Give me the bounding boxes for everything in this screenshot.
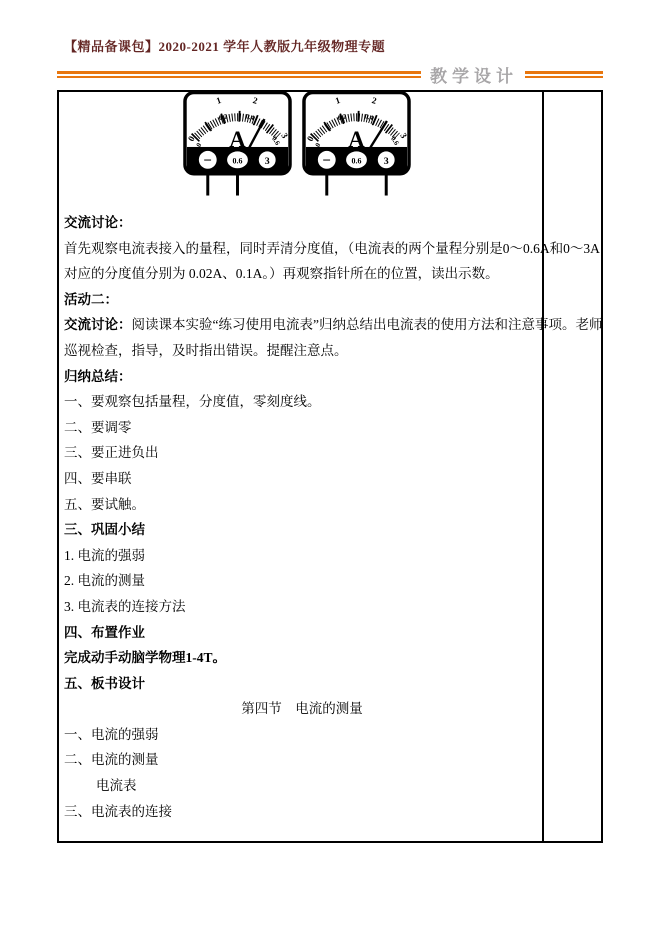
content-line: 巡视检查，指导，及时指出错误。提醒注意点。 <box>64 338 540 364</box>
document-header-title: 【精品备课包】2020-2021 学年人教版九年级物理专题 <box>64 36 385 55</box>
content-line-body: 阅读课本实验“练习使用电流表”归纳总结出电流表的使用方法和注意事项。老师 <box>132 317 603 332</box>
terminal-3-label: 3 <box>384 156 389 167</box>
content-line: 三、巩固小结 <box>64 517 540 543</box>
header-rule-left <box>57 71 421 78</box>
terminal-minus-label: − <box>323 153 331 169</box>
content-line: 完成动手动脑学物理1-4T。 <box>64 645 540 671</box>
terminal-06-label: 0.6 <box>352 156 362 165</box>
content-line: 1. 电流的强弱 <box>64 543 540 569</box>
content-line: 2. 电流的测量 <box>64 568 540 594</box>
lesson-table-main-cell: 0 1 2 3 0 0.2 0.4 0.6 A − 0.6 <box>59 92 544 841</box>
content-line: 二、要调零 <box>64 415 540 441</box>
content-line: 电流表 <box>64 773 540 799</box>
content-line: 三、要正进负出 <box>64 440 540 466</box>
content-line: 一、电流的强弱 <box>64 722 540 748</box>
content-line: 四、要串联 <box>64 466 540 492</box>
lesson-table: 0 1 2 3 0 0.2 0.4 0.6 A − 0.6 <box>57 90 603 843</box>
content-line: 交流讨论：阅读课本实验“练习使用电流表”归纳总结出电流表的使用方法和注意事项。老… <box>64 312 540 338</box>
ammeter-figures: 0 1 2 3 0 0.2 0.4 0.6 A − 0.6 <box>183 90 411 197</box>
lead-wire <box>325 174 328 196</box>
content-line: 一、要观察包括量程，分度值，零刻度线。 <box>64 389 540 415</box>
content-line-board-title: 第四节 电流的测量 <box>64 696 540 722</box>
content-line: 三、电流表的连接 <box>64 799 540 825</box>
lesson-table-side-cell <box>544 92 601 841</box>
section-label: 教学设计 <box>430 62 518 87</box>
terminal-06-label: 0.6 <box>233 156 243 165</box>
document-page: 【精品备课包】2020-2021 学年人教版九年级物理专题 教学设计 0 1 2… <box>0 0 661 935</box>
content-line-prefix: 交流讨论： <box>64 317 132 332</box>
content-line: 五、要试触。 <box>64 492 540 518</box>
lesson-content: 交流讨论： 首先观察电流表接入的量程，同时弄清分度值，（电流表的两个量程分别是0… <box>64 210 540 824</box>
content-line: 首先观察电流表接入的量程，同时弄清分度值，（电流表的两个量程分别是0～0.6A和… <box>64 236 540 262</box>
header-rule-right <box>525 71 603 78</box>
content-line: 活动二： <box>64 287 540 313</box>
content-line: 交流讨论： <box>64 210 540 236</box>
lead-wire <box>236 174 239 196</box>
content-line: 归纳总结： <box>64 364 540 390</box>
lead-wire <box>206 174 209 196</box>
content-line: 对应的分度值分别为 0.02A、0.1A。）再观察指针所在的位置，读出示数。 <box>64 261 540 287</box>
lead-wire <box>385 174 388 196</box>
content-line: 五、板书设计 <box>64 671 540 697</box>
terminal-minus-label: − <box>204 153 212 169</box>
content-line: 四、布置作业 <box>64 620 540 646</box>
header-rule: 教学设计 <box>57 62 603 87</box>
ammeter-2: 0 1 2 3 0 0.2 0.4 0.6 A − 0.6 <box>302 90 411 197</box>
content-line: 3. 电流表的连接方法 <box>64 594 540 620</box>
terminal-3-label: 3 <box>265 156 270 167</box>
content-line: 二、电流的测量 <box>64 747 540 773</box>
ammeter-1: 0 1 2 3 0 0.2 0.4 0.6 A − 0.6 <box>183 90 292 197</box>
